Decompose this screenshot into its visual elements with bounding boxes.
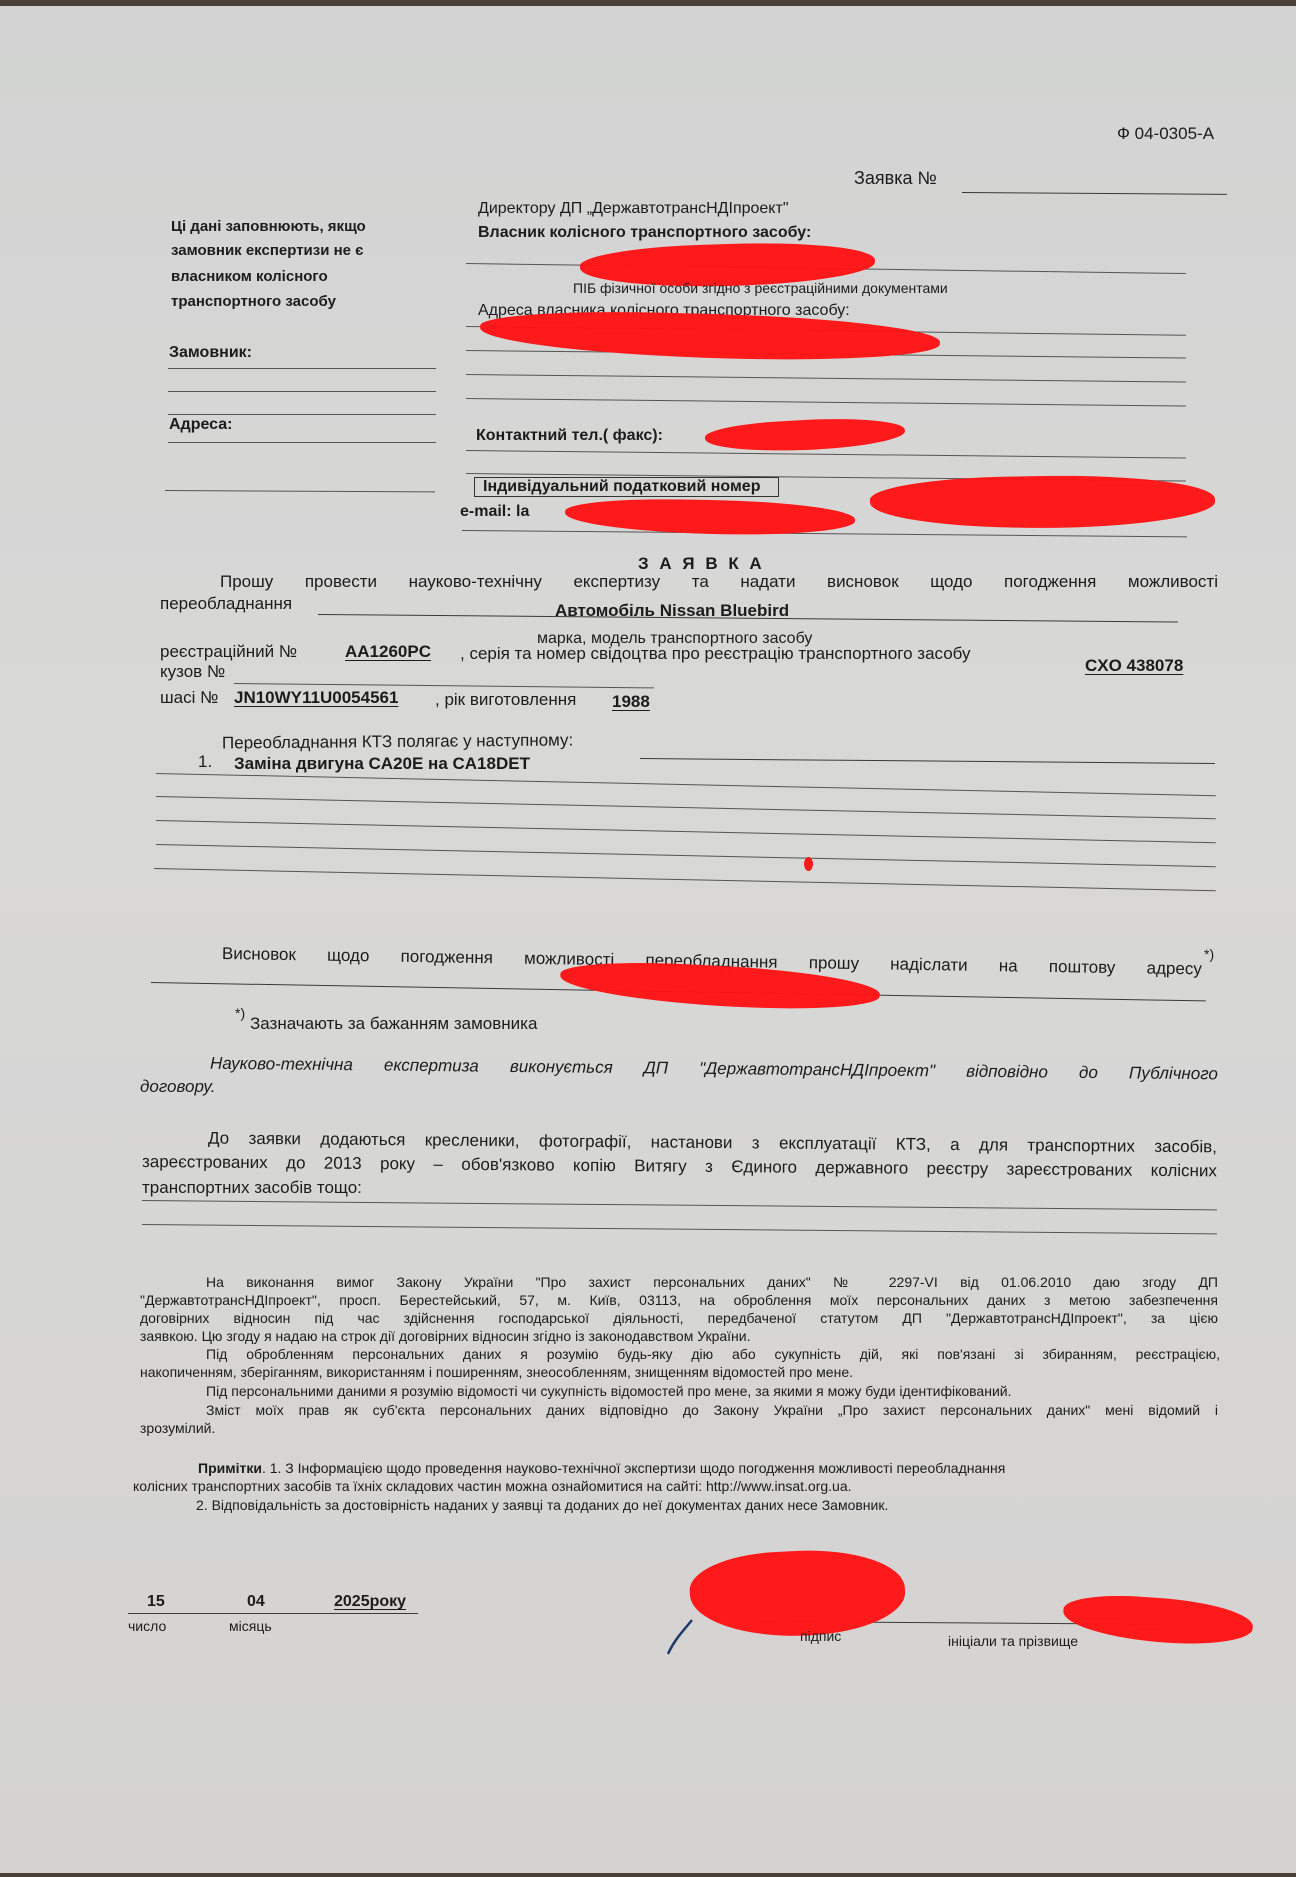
day-caption: число bbox=[128, 1618, 166, 1634]
conversion-field-2[interactable] bbox=[156, 796, 1216, 819]
conversion-field-4[interactable] bbox=[156, 844, 1216, 867]
date-day[interactable]: 15 bbox=[147, 1593, 165, 1611]
redacted-owner-address bbox=[480, 308, 941, 364]
notes-label: Примітки bbox=[198, 1460, 262, 1476]
customer-field-3[interactable] bbox=[168, 414, 436, 415]
owner-name-caption: ПІБ фізичної особи згідно з реєстраційни… bbox=[573, 280, 948, 296]
customer-field-1[interactable] bbox=[168, 368, 436, 369]
customer-address-field-1[interactable] bbox=[168, 442, 436, 443]
reg-label: реєстраційний № bbox=[160, 642, 297, 662]
signature-caption: підпис bbox=[800, 1628, 841, 1644]
request-line-1: Прошу провести науково-технічну експерти… bbox=[160, 572, 1218, 592]
year-value[interactable]: 1988 bbox=[612, 692, 650, 712]
form-code: Ф 04-0305-А bbox=[1117, 124, 1214, 144]
cert-label: , серія та номер свідоцтва про реєстраці… bbox=[460, 644, 971, 664]
chassis-number[interactable]: JN10WY11U0054561 bbox=[234, 688, 398, 708]
conversion-field-1[interactable] bbox=[156, 773, 1216, 796]
redacted-tax-id bbox=[870, 473, 1216, 531]
date-month[interactable]: 04 bbox=[247, 1593, 265, 1611]
attachments-line-2: зареєстрованих до 2013 року – обов'язков… bbox=[142, 1152, 1217, 1181]
conversion-field-0[interactable] bbox=[640, 758, 1215, 764]
document-title: З А Я В К А bbox=[638, 554, 765, 574]
conversion-item-number: 1. bbox=[198, 752, 212, 772]
phone-label: Контактний тел.( факс): bbox=[476, 427, 663, 445]
red-dot-mark bbox=[804, 857, 813, 871]
owner-address-field-3[interactable] bbox=[466, 374, 1186, 383]
name-caption: ініціали та прізвище bbox=[948, 1633, 1078, 1649]
vehicle-value[interactable]: Автомобіль Nissan Bluebird bbox=[555, 601, 789, 621]
table-edge-bottom bbox=[0, 1873, 1296, 1877]
attachments-field-1[interactable] bbox=[142, 1200, 1217, 1210]
date-line bbox=[128, 1613, 418, 1614]
month-caption: місяць bbox=[229, 1618, 272, 1634]
conclusion-mark: *) bbox=[1204, 946, 1214, 962]
reg-number[interactable]: AA1260PC bbox=[345, 642, 431, 662]
expertise-note-line-2: договору. bbox=[140, 1077, 215, 1097]
date-year[interactable]: 2025року bbox=[334, 1593, 406, 1611]
application-number-label: Заявка № bbox=[854, 168, 937, 189]
owner-address-field-4[interactable] bbox=[466, 398, 1186, 407]
application-number-field[interactable] bbox=[962, 192, 1227, 195]
email-label: e-mail: la bbox=[460, 503, 529, 521]
chassis-label: шасі № bbox=[160, 688, 218, 708]
cert-number[interactable]: CXO 438078 bbox=[1085, 656, 1183, 676]
attachments-field-2[interactable] bbox=[142, 1224, 1217, 1234]
signature-stroke-icon bbox=[664, 1618, 694, 1658]
phone-field[interactable] bbox=[466, 450, 1186, 459]
footnote-text: Зазначають за бажанням замовника bbox=[250, 1014, 537, 1034]
year-label: , рік виготовлення bbox=[435, 690, 576, 710]
customer-address-label: Адреса: bbox=[169, 416, 233, 434]
conversion-label: переобладнання bbox=[160, 594, 292, 614]
conversion-item-text[interactable]: Заміна двигуна CA20E на CA18DET bbox=[234, 754, 530, 774]
redacted-name bbox=[1062, 1591, 1255, 1648]
customer-label: Замовник: bbox=[169, 344, 252, 362]
body-label: кузов № bbox=[160, 662, 225, 682]
expertise-note-line-1: Науково-технічна експертиза виконується … bbox=[140, 1053, 1218, 1084]
customer-address-field-2[interactable] bbox=[165, 490, 435, 492]
tax-id-label: Індивідуальний податковий номер bbox=[474, 477, 779, 497]
redacted-phone bbox=[704, 415, 905, 455]
conversion-section-label: Переобладнання КТЗ полягає у наступному: bbox=[222, 730, 573, 753]
addressee: Директору ДП „ДержавтотрансНДІпроект" bbox=[478, 200, 789, 218]
owner-label: Власник колісного транспортного засобу: bbox=[478, 224, 811, 242]
customer-field-2[interactable] bbox=[168, 391, 436, 392]
footnote-mark: *) bbox=[235, 1005, 245, 1021]
email-field[interactable] bbox=[462, 530, 1187, 537]
form-page: Ф 04-0305-А Заявка № Ці дані заповнюють,… bbox=[0, 6, 1296, 1874]
conversion-field-3[interactable] bbox=[156, 820, 1216, 843]
conversion-field-5[interactable] bbox=[154, 868, 1216, 891]
attachments-line-3: транспортних засобів тощо: bbox=[142, 1178, 362, 1198]
redacted-signature bbox=[688, 1545, 907, 1641]
